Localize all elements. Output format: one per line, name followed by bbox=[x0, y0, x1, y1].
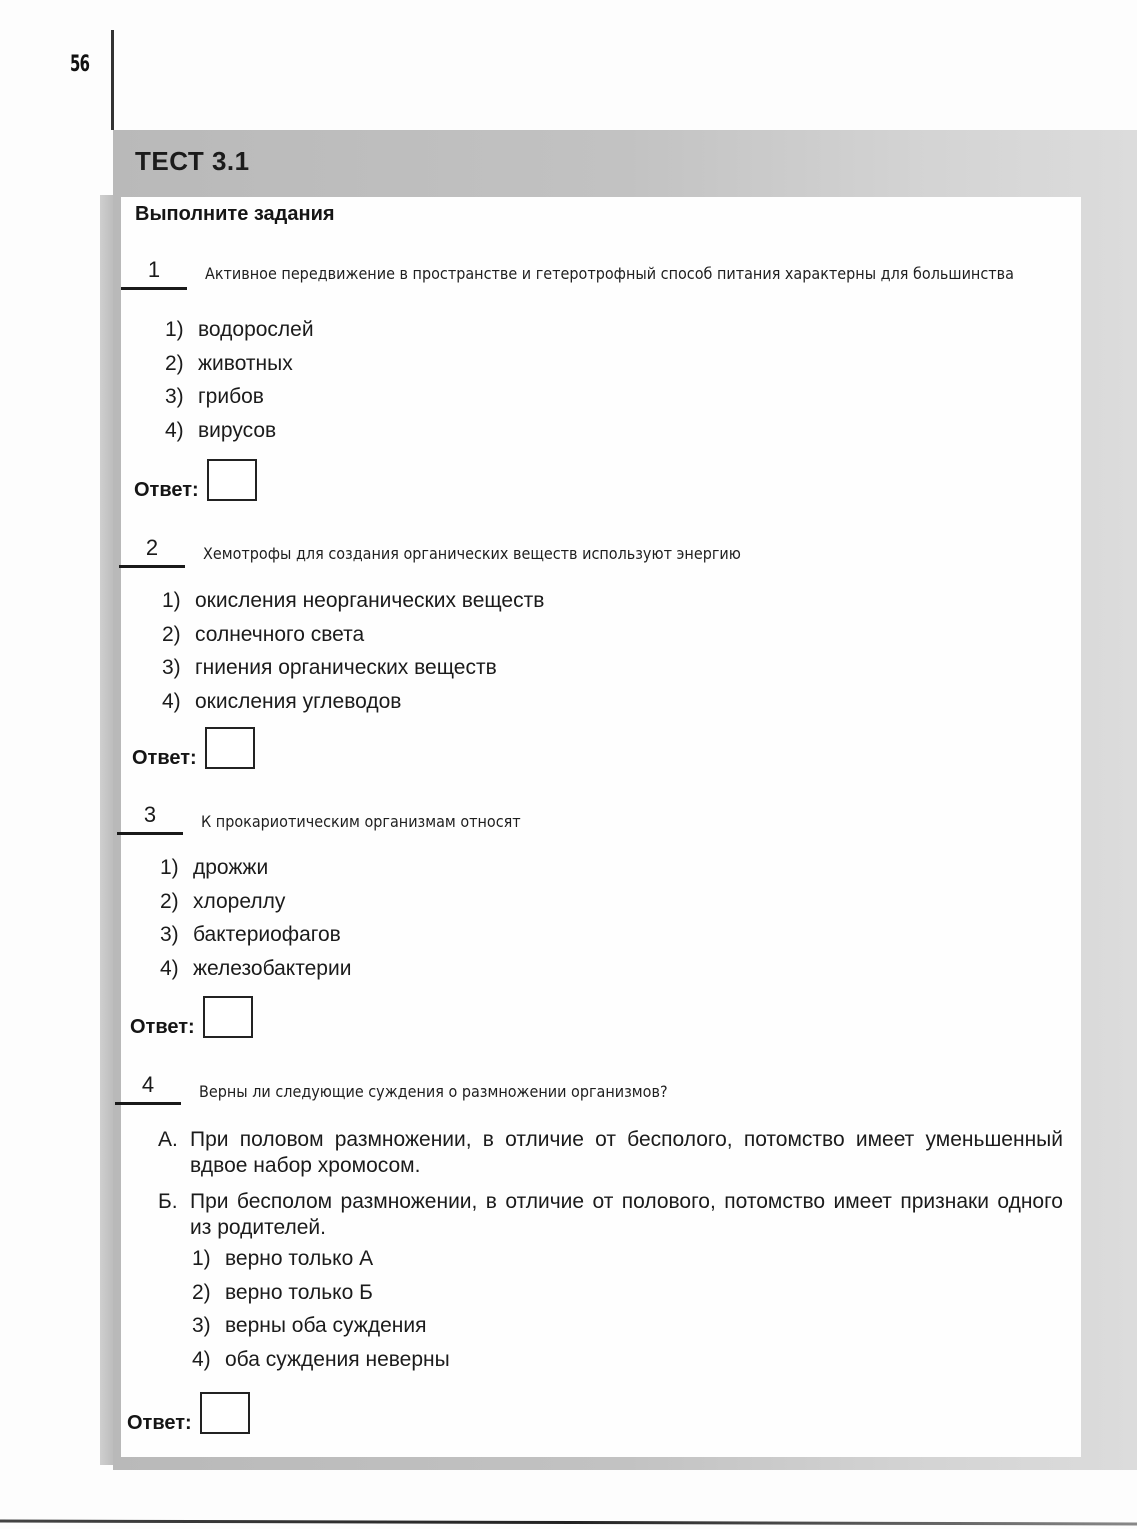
option-item[interactable]: 2)хлореллу bbox=[160, 888, 351, 922]
question-number: 3 bbox=[117, 802, 183, 828]
answer-label: Ответ: bbox=[127, 1412, 192, 1434]
option-list: 1)окисления неорганических веществ 2)сол… bbox=[162, 587, 544, 721]
answer-label: Ответ: bbox=[132, 747, 197, 769]
test-title: ТЕСТ 3.1 bbox=[135, 146, 250, 177]
option-list: 1)водорослей 2)животных 3)грибов 4)вирус… bbox=[165, 316, 314, 450]
option-item[interactable]: 1)верно только А bbox=[192, 1245, 450, 1279]
question-number: 2 bbox=[119, 535, 185, 561]
statement-b: Б. При бесполом размножении, в отличие о… bbox=[190, 1189, 1063, 1241]
option-item[interactable]: 3)верны оба суждения bbox=[192, 1312, 450, 1346]
option-item[interactable]: 3)гниения органических веществ bbox=[162, 654, 544, 688]
option-item[interactable]: 4)оба суждения неверны bbox=[192, 1346, 450, 1380]
option-list: 1)верно только А 2)верно только Б 3)верн… bbox=[192, 1245, 450, 1379]
statement-a: А. При половом размножении, в отличие от… bbox=[190, 1127, 1063, 1179]
question-text: Активное передвижение в пространстве и г… bbox=[205, 264, 1071, 283]
page-bottom-rule bbox=[0, 1520, 1137, 1526]
option-item[interactable]: 4)железобактерии bbox=[160, 955, 351, 989]
instruction-heading: Выполните задания bbox=[135, 203, 335, 226]
question-text: Верны ли следующие суждения о размножени… bbox=[199, 1082, 1065, 1101]
option-item[interactable]: 4)окисления углеводов bbox=[162, 688, 544, 722]
question-text: К прокариотическим организмам относят bbox=[201, 812, 1067, 831]
answer-box[interactable] bbox=[205, 727, 255, 769]
page-number: 56 bbox=[70, 52, 89, 77]
option-item[interactable]: 2)солнечного света bbox=[162, 621, 544, 655]
answer-box[interactable] bbox=[200, 1392, 250, 1434]
option-item[interactable]: 2)животных bbox=[165, 350, 314, 384]
answer-box[interactable] bbox=[207, 459, 257, 501]
answer-box[interactable] bbox=[203, 996, 253, 1038]
answer-row: Ответ: bbox=[130, 996, 253, 1038]
option-list: 1)дрожжи 2)хлореллу 3)бактериофагов 4)же… bbox=[160, 854, 351, 988]
answer-row: Ответ: bbox=[132, 727, 255, 769]
question-number: 1 bbox=[121, 257, 187, 283]
question-number: 4 bbox=[115, 1072, 181, 1098]
option-item[interactable]: 1)окисления неорганических веществ bbox=[162, 587, 544, 621]
option-item[interactable]: 4)вирусов bbox=[165, 417, 314, 451]
answer-row: Ответ: bbox=[134, 459, 257, 501]
option-item[interactable]: 1)водорослей bbox=[165, 316, 314, 350]
margin-rule bbox=[111, 30, 114, 130]
answer-row: Ответ: bbox=[127, 1392, 250, 1434]
test-frame-left-edge bbox=[100, 195, 113, 1465]
option-item[interactable]: 3)грибов bbox=[165, 383, 314, 417]
question-text: Хемотрофы для создания органических веще… bbox=[203, 544, 1069, 563]
option-item[interactable]: 1)дрожжи bbox=[160, 854, 351, 888]
answer-label: Ответ: bbox=[130, 1016, 195, 1038]
answer-label: Ответ: bbox=[134, 479, 199, 501]
option-item[interactable]: 2)верно только Б bbox=[192, 1279, 450, 1313]
option-item[interactable]: 3)бактериофагов bbox=[160, 921, 351, 955]
